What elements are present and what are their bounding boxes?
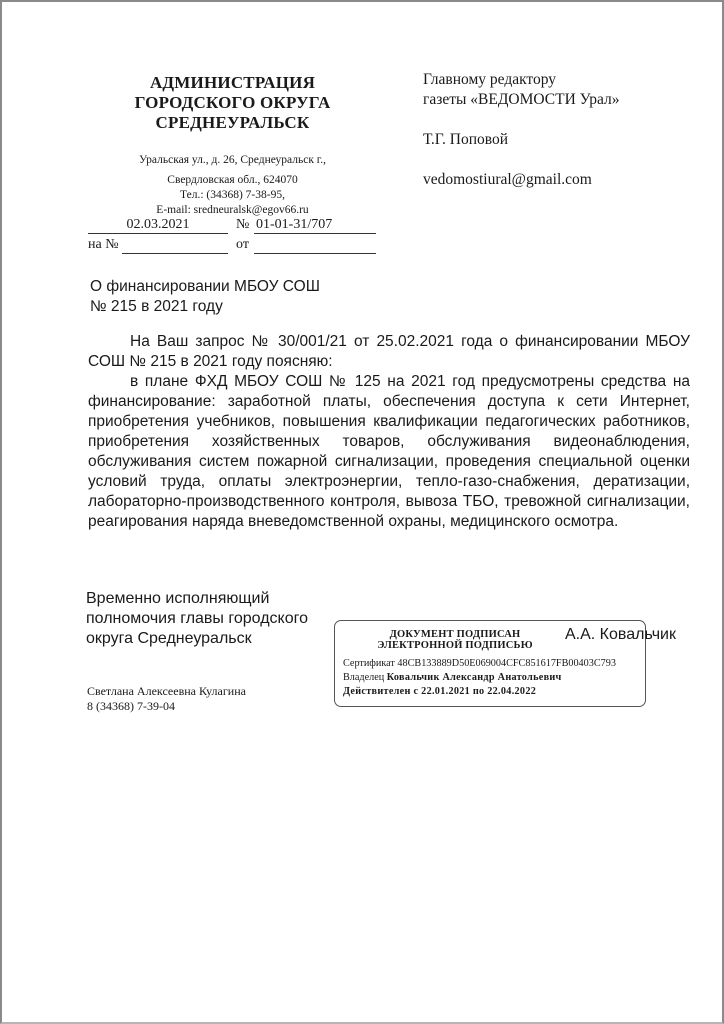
esig-details: Сертификат 48CB133889D50E069004CFC851617…	[343, 657, 616, 699]
letter-body: На Ваш запрос № 30/001/21 от 25.02.2021 …	[88, 332, 690, 532]
organization-title: АДМИНИСТРАЦИЯ ГОРОДСКОГО ОКРУГА СРЕДНЕУР…	[100, 73, 365, 133]
esig-heading-line: ЭЛЕКТРОННОЙ ПОДПИСЬЮ	[335, 640, 575, 651]
addressee-email: vedomostiural@gmail.com	[423, 170, 620, 190]
outgoing-number-label: №	[236, 216, 249, 234]
signer-position: Временно исполняющий полномочия главы го…	[86, 589, 326, 649]
executor-phone: 8 (34368) 7-39-04	[87, 699, 246, 714]
org-title-line: СРЕДНЕУРАЛЬСК	[100, 113, 365, 133]
signer-name: А.А. Ковальчик	[565, 626, 676, 644]
subject-line: № 215 в 2021 году	[90, 297, 350, 317]
esig-certificate-label: Сертификат	[343, 658, 395, 669]
reference-number-label: на №	[88, 236, 119, 254]
signer-position-line: округа Среднеуральск	[86, 629, 326, 649]
addressee-position: Главному редактору	[423, 70, 620, 90]
org-phone: Тел.: (34368) 7-38-95,	[100, 188, 365, 203]
signer-position-line: полномочия главы городского	[86, 609, 326, 629]
org-title-line: ГОРОДСКОГО ОКРУГА	[100, 93, 365, 113]
esig-owner: Владелец Ковальчик Александр Анатольевич	[343, 671, 616, 685]
esig-certificate-value: 48CB133889D50E069004CFC851617FB00403C793	[397, 658, 616, 669]
subject-line: О финансировании МБОУ СОШ	[90, 277, 350, 297]
outgoing-number: 01-01-31/707	[254, 217, 332, 232]
address-street: Уральская ул., д. 26, Среднеуральск г.,	[100, 153, 365, 168]
outgoing-date-field: 02.03.2021	[88, 216, 228, 234]
outgoing-number-field: 01-01-31/707	[254, 216, 376, 234]
addressee-name: Т.Г. Поповой	[423, 130, 620, 150]
address-region: Свердловская обл., 624070	[100, 173, 365, 188]
body-paragraph: На Ваш запрос № 30/001/21 от 25.02.2021 …	[88, 332, 690, 372]
esig-heading-line: ДОКУМЕНТ ПОДПИСАН	[335, 629, 575, 640]
outgoing-date: 02.03.2021	[127, 217, 190, 232]
organization-address: Уральская ул., д. 26, Среднеуральск г., …	[100, 153, 365, 218]
reference-date-field	[254, 236, 376, 254]
esig-certificate: Сертификат 48CB133889D50E069004CFC851617…	[343, 657, 616, 671]
org-title-line: АДМИНИСТРАЦИЯ	[100, 73, 365, 93]
esig-validity: Действителен с 22.01.2021 по 22.04.2022	[343, 685, 616, 699]
esig-owner-value: Ковальчик Александр Анатольевич	[387, 672, 562, 683]
signer-position-line: Временно исполняющий	[86, 589, 326, 609]
addressee-organization: газеты «ВЕДОМОСТИ Урал»	[423, 90, 620, 110]
executor-name: Светлана Алексеевна Кулагина	[87, 684, 246, 699]
letter-subject: О финансировании МБОУ СОШ № 215 в 2021 г…	[90, 277, 350, 317]
addressee-block: Главному редактору газеты «ВЕДОМОСТИ Ура…	[423, 70, 620, 190]
esig-owner-label: Владелец	[343, 672, 384, 683]
reference-date-label: от	[236, 236, 249, 254]
body-paragraph: в плане ФХД МБОУ СОШ № 125 на 2021 год п…	[88, 372, 690, 532]
reference-number-field	[122, 236, 228, 254]
executor-info: Светлана Алексеевна Кулагина 8 (34368) 7…	[87, 684, 246, 714]
esig-heading: ДОКУМЕНТ ПОДПИСАН ЭЛЕКТРОННОЙ ПОДПИСЬЮ	[335, 629, 575, 651]
